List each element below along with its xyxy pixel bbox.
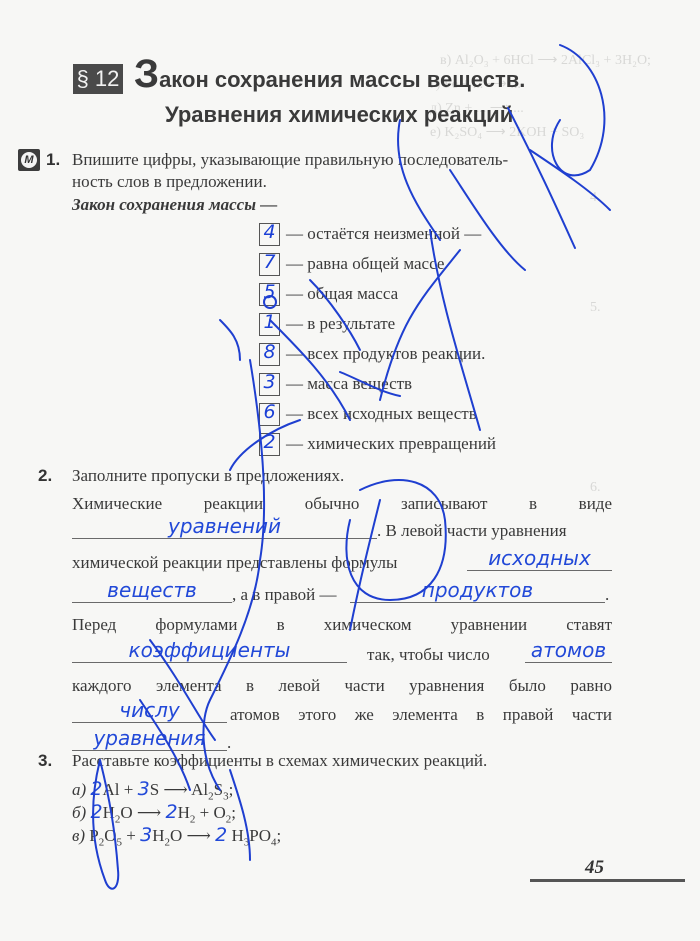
pen-scribbles — [0, 0, 700, 941]
